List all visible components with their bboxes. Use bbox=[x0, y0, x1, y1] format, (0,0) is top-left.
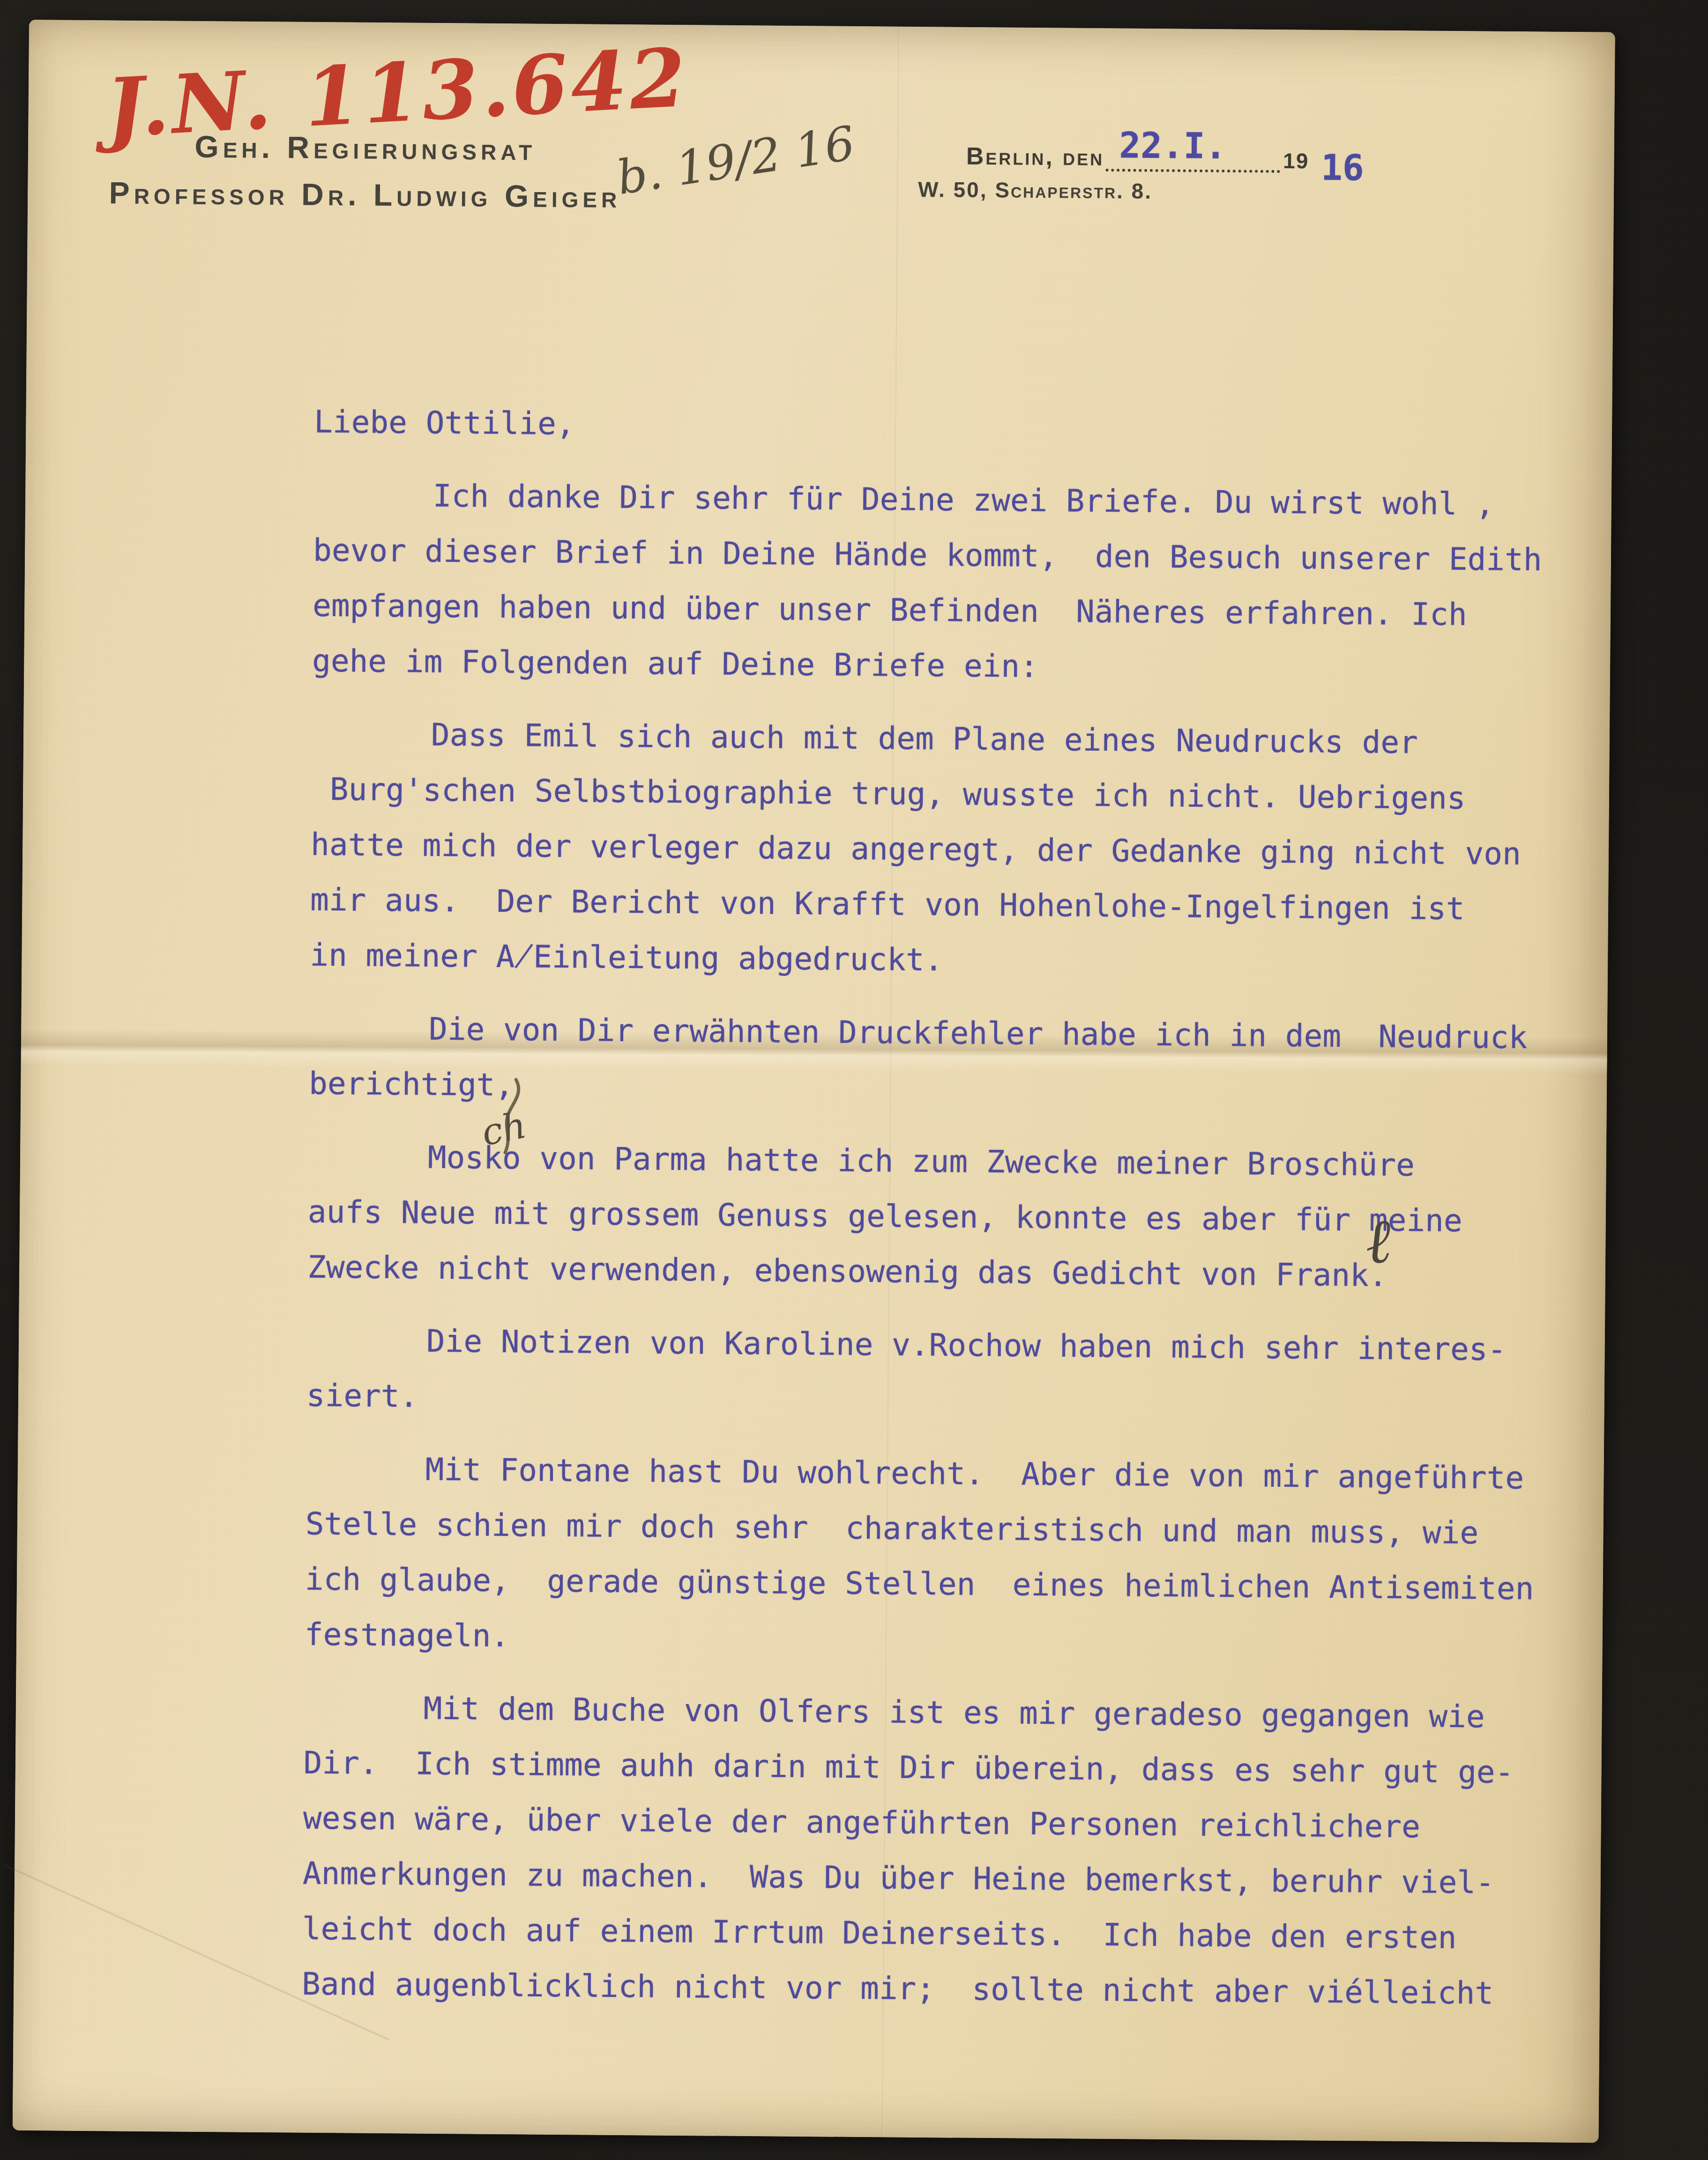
letter-line: Mit dem Buche von Olfers ist es mir gera… bbox=[304, 1680, 1588, 1746]
dateline: Berlin, den 22.I. 19 16 W. 50, Schaperst… bbox=[918, 140, 1584, 207]
letter-line: leicht doch auf einem Irrtum Deinerseits… bbox=[302, 1901, 1587, 1967]
dateline-typed-date: 22.I. bbox=[1119, 124, 1226, 167]
letter-line: empfangen haben und über unser Befinden … bbox=[313, 578, 1597, 644]
letter-line: Burg'schen Selbstbiographie trug, wusste… bbox=[311, 762, 1596, 827]
letter-line: festnageln. bbox=[304, 1607, 1589, 1673]
dateline-year-printed: 19 bbox=[1283, 149, 1309, 173]
letterhead: Geh. Regierungsrat Professor Dr. Ludwig … bbox=[56, 122, 675, 220]
letterhead-title: Geh. Regierungsrat bbox=[56, 122, 675, 173]
letter-line: hatte mich der verleger dazu angeregt, d… bbox=[311, 817, 1595, 883]
paragraph: Ich danke Dir sehr für Deine zwei Briefe… bbox=[312, 468, 1598, 699]
dateline-dotted-rule: 22.I. bbox=[1106, 142, 1280, 173]
letter-line: Ich danke Dir sehr für Deine zwei Briefe… bbox=[313, 468, 1598, 533]
paragraph: Die Notizen von Karoline v.Rochow haben … bbox=[306, 1313, 1591, 1434]
letter-line: Dass Emil sich auch mit dem Plane eines … bbox=[312, 707, 1596, 772]
letter-line: Die von Dir erwähnten Druckfehler habe i… bbox=[309, 1001, 1594, 1066]
letterhead-name: Professor Dr. Ludwig Geiger bbox=[56, 169, 675, 220]
letter-line: Band augenblicklich nicht vor mir; sollt… bbox=[302, 1957, 1586, 2022]
paragraph: Mit dem Buche von Olfers ist es mir gera… bbox=[302, 1680, 1588, 2022]
letter-line: siert. bbox=[306, 1368, 1590, 1434]
letter-line: Die Notizen von Karoline v.Rochow haben … bbox=[306, 1313, 1591, 1378]
letter-line: aufs Neue mit grossem Genuss gelesen, ko… bbox=[308, 1184, 1592, 1250]
letter-line: gehe im Folgenden auf Deine Briefe ein: bbox=[312, 633, 1596, 699]
letter-line: mir aus. Der Bericht von Krafft von Hohe… bbox=[310, 872, 1595, 938]
handwritten-l-frankl: ℓ bbox=[1363, 1205, 1393, 1278]
letter-line: Liebe Ottilie, bbox=[314, 395, 1598, 460]
letter-line: Mit Fontane hast Du wohlrecht. Aber die … bbox=[306, 1441, 1590, 1507]
letter-line: wesen wäre, über viele der angeführten P… bbox=[303, 1791, 1587, 1856]
letter-line: Stelle schien mir doch sehr charakterist… bbox=[305, 1497, 1589, 1562]
letter-line: Anmerkungen zu machen. Was Du über Heine… bbox=[302, 1846, 1587, 1912]
paragraph: Mit Fontane hast Du wohlrecht. Aber die … bbox=[304, 1441, 1590, 1673]
letter-line: bevor dieser Brief in Deine Hände kommt,… bbox=[313, 523, 1597, 588]
photo-background: J.N. 113.642 Geh. Regierungsrat Professo… bbox=[0, 0, 1708, 2160]
paragraph: Liebe Ottilie, bbox=[314, 395, 1598, 460]
dateline-row: Berlin, den 22.I. 19 16 bbox=[966, 141, 1584, 175]
letter-paper: J.N. 113.642 Geh. Regierungsrat Professo… bbox=[13, 20, 1615, 2143]
dateline-year-typed: 16 bbox=[1321, 156, 1364, 180]
dateline-city-label: Berlin, den bbox=[966, 142, 1104, 171]
letter-line: Zwecke nicht verwenden, ebensowenig das … bbox=[307, 1240, 1592, 1305]
letter-line: Dir. Ich stimme auhh darin mit Dir übere… bbox=[303, 1735, 1588, 1801]
letter-line: ich glaube, gerade günstige Stellen eine… bbox=[305, 1552, 1589, 1617]
paragraph: Dass Emil sich auch mit dem Plane eines … bbox=[310, 707, 1596, 993]
pencil-flourish-mark bbox=[491, 1077, 529, 1157]
letter-line: in meiner A̸Einleitung abgedruckt. bbox=[310, 928, 1594, 993]
letter-body: Liebe Ottilie,Ich danke Dir sehr für Dei… bbox=[301, 395, 1598, 2040]
dateline-address: W. 50, Schaperstr. 8. bbox=[918, 177, 1583, 207]
